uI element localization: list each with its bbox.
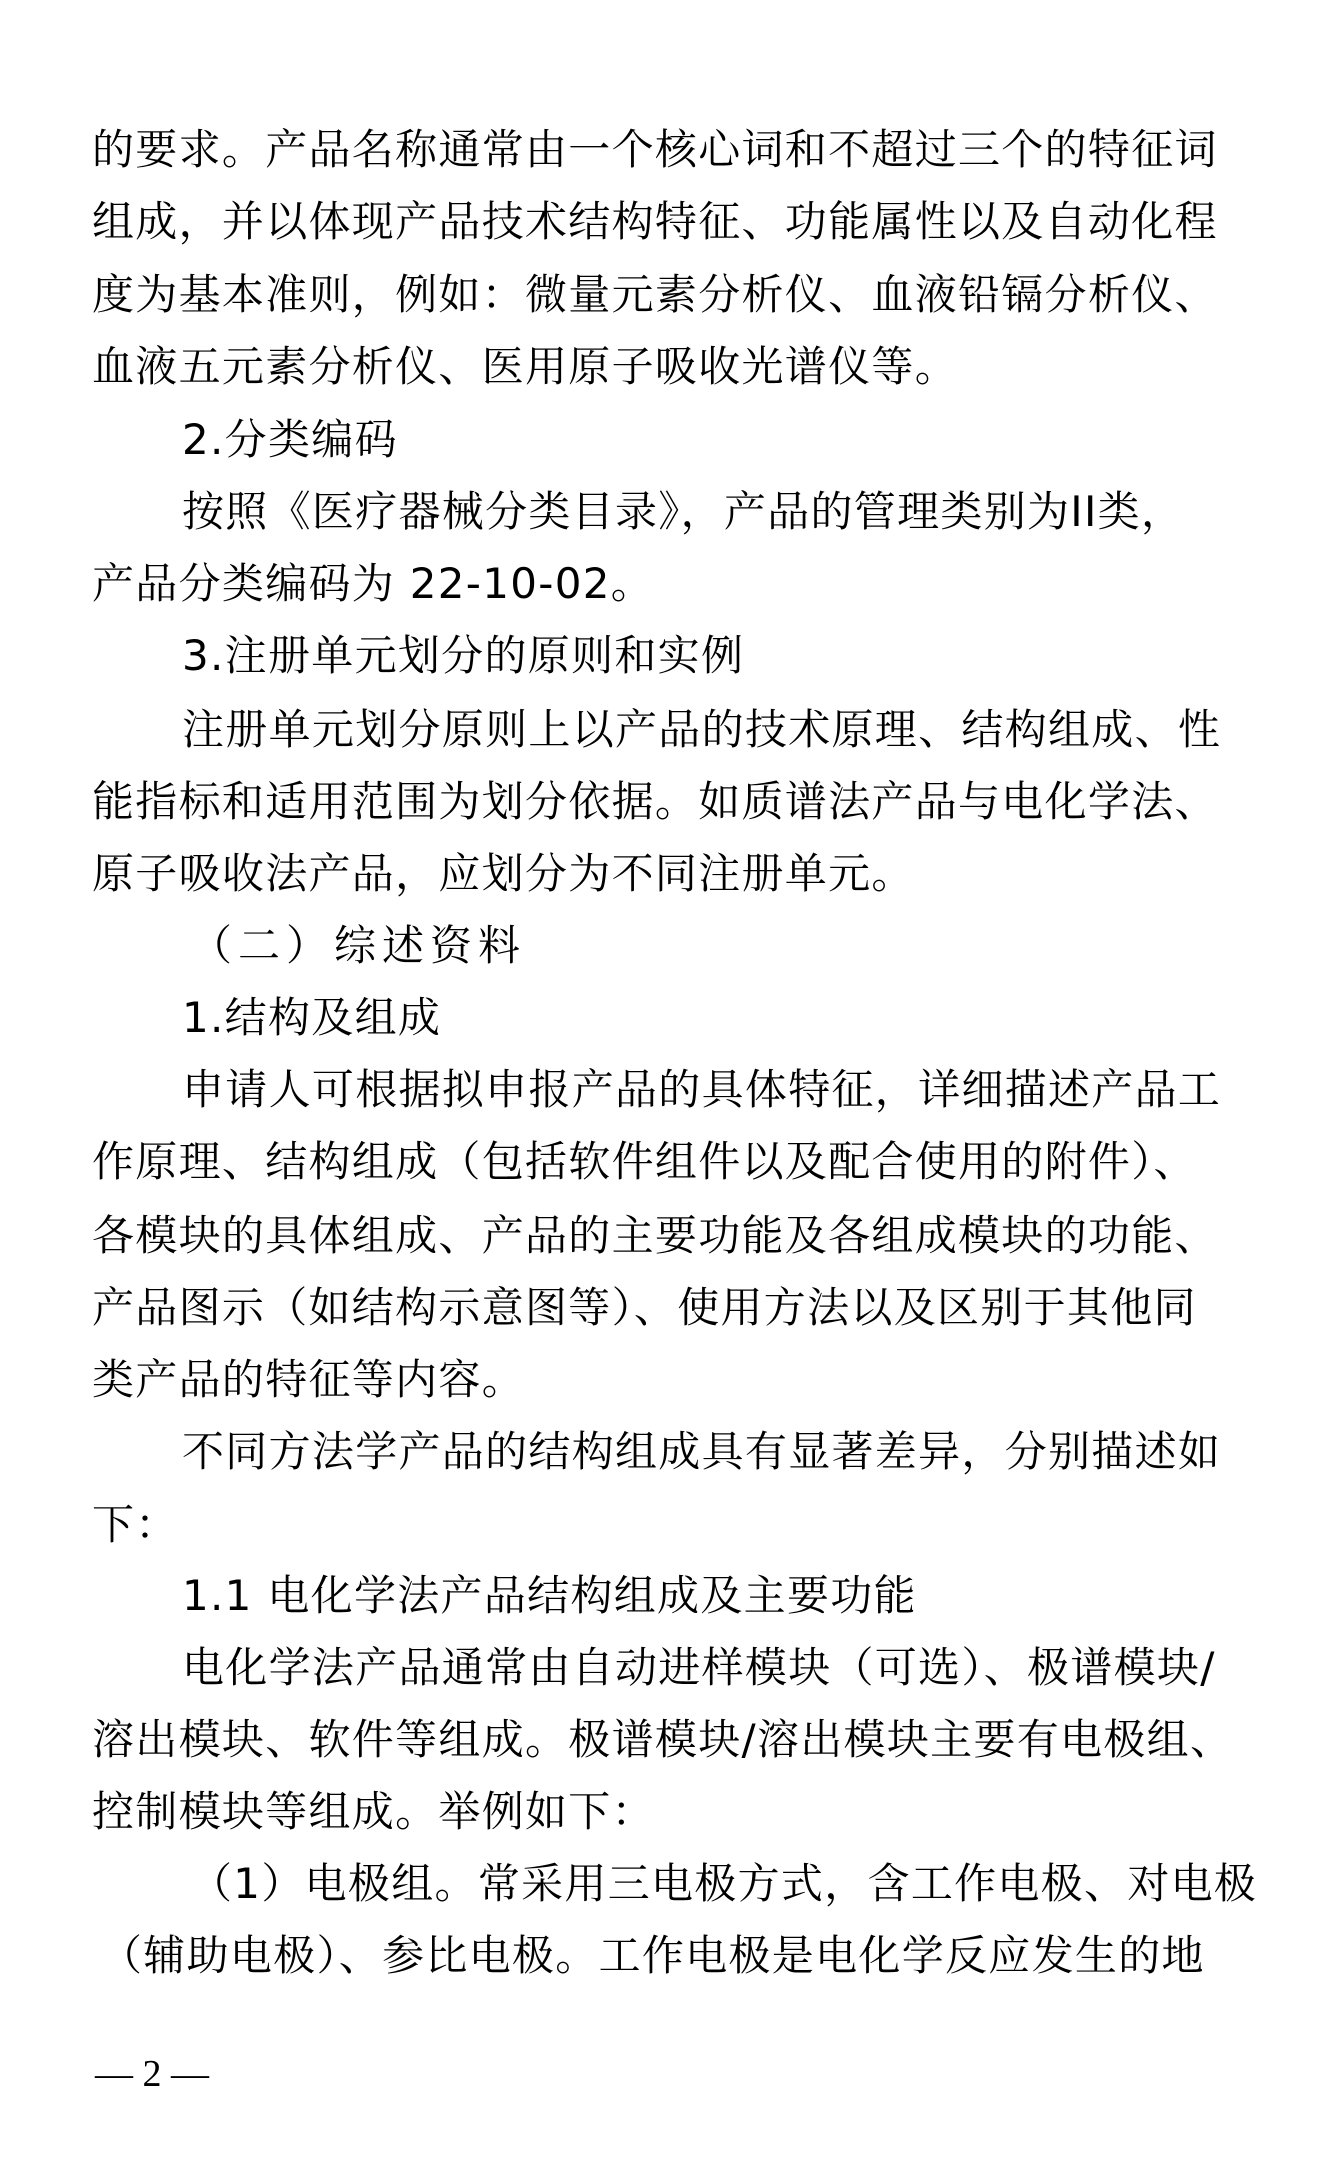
paragraph-line: 溶出模块、软件等组成。极谱模块/溶出模块主要有电极组、 — [92, 1704, 1233, 1776]
paragraph-line: 血液五元素分析仪、医用原子吸收光谱仪等。 — [92, 331, 958, 403]
paragraph-line: 产品图示（如结构示意图等）、使用方法以及区别于其他同 — [92, 1272, 1197, 1344]
paragraph-line: （辅助电极）、参比电极。工作电极是电化学反应发生的地 — [100, 1920, 1205, 1992]
section-heading-registration-unit: 3.注册单元划分的原则和实例 — [182, 620, 744, 692]
list-item-electrode-group: （1）电极组。常采用三电极方式，含工作电极、对电极 — [190, 1848, 1257, 1920]
section-heading-structure: 1.结构及组成 — [182, 982, 441, 1054]
document-page: 的要求。产品名称通常由一个核心词和不超过三个的特征词 组成，并以体现产品技术结构… — [0, 0, 1339, 2166]
paragraph-line: 控制模块等组成。举例如下： — [92, 1776, 655, 1848]
paragraph-line: 电化学法产品通常由自动进样模块（可选）、极谱模块/ — [182, 1632, 1216, 1704]
paragraph-line: 作原理、结构组成（包括软件组件以及配合使用的附件）、 — [92, 1126, 1197, 1198]
paragraph-line: 注册单元划分原则上以产品的技术原理、结构组成、性 — [182, 694, 1221, 766]
section-heading-classification-code: 2.分类编码 — [182, 404, 398, 476]
paragraph-line: 产品分类编码为 22-10-02。 — [92, 548, 654, 620]
page-number: — 2 — — [95, 2052, 209, 2096]
paragraph-line: 能指标和适用范围为划分依据。如质谱法产品与电化学法、 — [92, 766, 1218, 838]
chapter-heading-summary: （二）综述资料 — [190, 910, 526, 982]
paragraph-line: 原子吸收法产品，应划分为不同注册单元。 — [92, 838, 915, 910]
paragraph-line: 度为基本准则，例如：微量元素分析仪、血液铅镉分析仪、 — [92, 259, 1218, 331]
paragraph-line: 不同方法学产品的结构组成具有显著差异，分别描述如 — [182, 1416, 1221, 1488]
paragraph-line: 类产品的特征等内容。 — [92, 1344, 525, 1416]
paragraph-line: 下： — [92, 1489, 179, 1561]
paragraph-line: 申请人可根据拟申报产品的具体特征，详细描述产品工 — [182, 1054, 1221, 1126]
paragraph-line: 各模块的具体组成、产品的主要功能及各组成模块的功能、 — [92, 1200, 1218, 1272]
paragraph-line: 按照《医疗器械分类目录》，产品的管理类别为II类， — [182, 476, 1184, 548]
subsection-heading-electrochemical: 1.1 电化学法产品结构组成及主要功能 — [182, 1560, 917, 1632]
paragraph-line: 组成，并以体现产品技术结构特征、功能属性以及自动化程 — [92, 186, 1218, 258]
paragraph-line: 的要求。产品名称通常由一个核心词和不超过三个的特征词 — [92, 114, 1218, 186]
